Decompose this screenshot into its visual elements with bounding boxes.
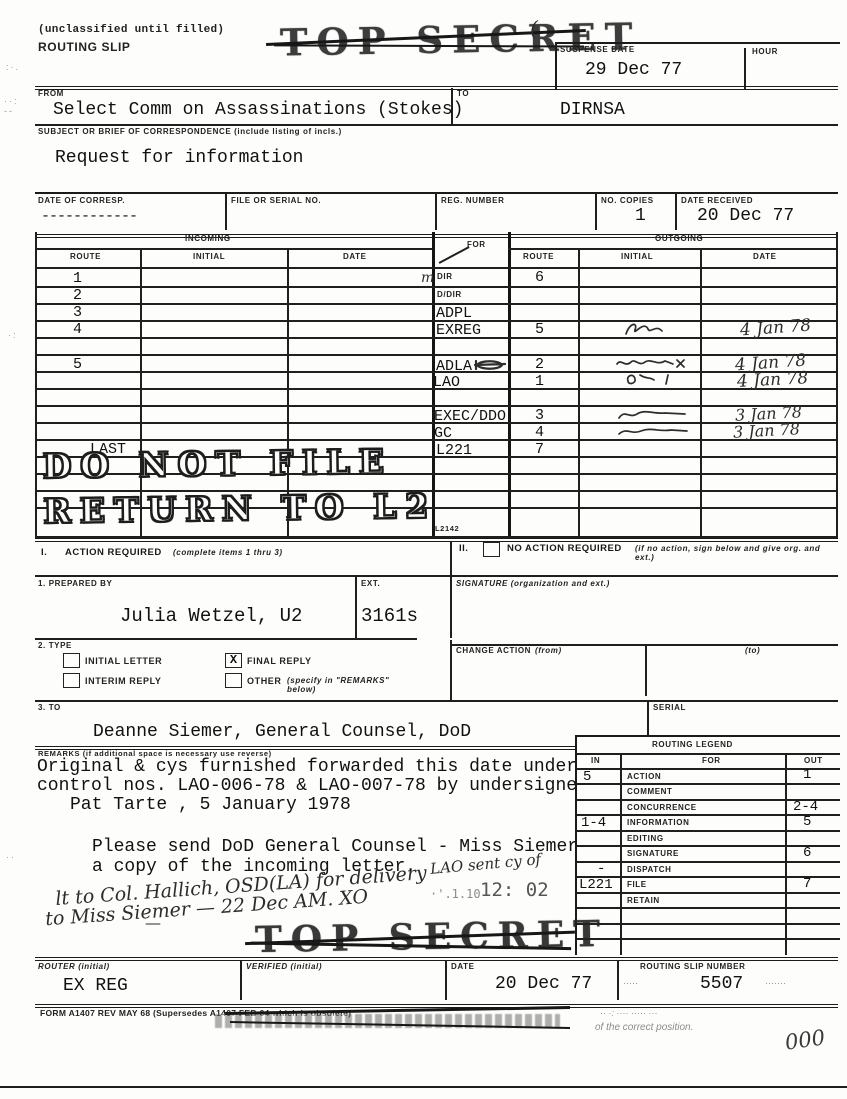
ext-value: 3161s	[361, 605, 418, 627]
unclassified-note: (unclassified until filled)	[38, 24, 224, 36]
legend-for: DISPATCH	[627, 865, 672, 874]
table-row-out-route: 4	[535, 424, 544, 441]
slip-number-label: ROUTING SLIP NUMBER	[640, 962, 745, 971]
divider	[355, 577, 357, 638]
type-label: 2. TYPE	[38, 641, 72, 650]
rule	[577, 783, 840, 785]
divider	[435, 194, 437, 230]
time-stamp: 12: 02	[480, 879, 549, 901]
faint-print: ·····	[623, 978, 638, 988]
rule	[35, 267, 838, 269]
rule	[35, 286, 838, 288]
legend-in: 5	[583, 769, 591, 785]
remarks-line: Original & cys furnished forwarded this …	[37, 757, 577, 777]
from-to-band: FROM Select Comm on Assassinations (Stok…	[35, 88, 838, 124]
checkbox-initial-letter	[63, 653, 80, 668]
remarks-line: control nos. LAO-006-78 & LAO-007-78 by …	[37, 776, 588, 796]
divider	[617, 960, 619, 1000]
legend-out-header: OUT	[804, 756, 823, 765]
subject-label: SUBJECT OR BRIEF OF CORRESPONDENCE (incl…	[38, 127, 342, 136]
for-column-label: FOR	[467, 240, 486, 249]
table-row-out-route: 6	[535, 269, 544, 286]
divider	[595, 194, 597, 230]
rule	[577, 876, 840, 878]
initial-header-in: INITIAL	[193, 252, 225, 261]
suspense-date-value: 29 Dec 77	[585, 60, 682, 80]
table-row-out-route: 5	[535, 321, 544, 338]
no-copies-value: 1	[635, 206, 646, 226]
table-row-in-route: 1	[73, 270, 82, 287]
from-label: FROM	[38, 89, 64, 98]
change-action-from-label: (from)	[535, 646, 562, 655]
change-action-to-label: (to)	[745, 646, 760, 655]
table-row-out-route: 2	[535, 356, 544, 373]
to-value: DIRNSA	[560, 100, 625, 120]
l2142-label: L2142	[435, 524, 459, 533]
remarks-line: Pat Tarte , 5 January 1978	[70, 795, 351, 815]
router-value: EX REG	[63, 976, 128, 996]
handwritten-date: 3 Jan 78	[733, 419, 801, 441]
scanned-routing-slip: :·. ··:-- ·: ·· (unclassified until fill…	[0, 0, 847, 1099]
legend-in: 1-4	[581, 815, 606, 831]
rule	[508, 248, 838, 250]
prepared-by-label: 1. PREPARED BY	[38, 579, 113, 588]
divider	[451, 88, 453, 124]
table-row-for: EXEC/DDO	[434, 408, 506, 425]
initial-header-out: INITIAL	[621, 252, 653, 261]
rule	[578, 249, 580, 538]
legend-out: 7	[803, 876, 811, 892]
date-received-value: 20 Dec 77	[697, 206, 794, 226]
section2-numeral: II.	[459, 543, 468, 554]
legend-for: RETAIN	[627, 896, 660, 905]
table-row-for: GC	[434, 425, 452, 442]
section2-title-note: (if no action, sign below and give org. …	[635, 544, 825, 562]
handwritten-initial-scribble	[615, 405, 695, 423]
table-row-for: ADPL	[436, 305, 472, 322]
divider	[675, 194, 677, 230]
rule	[577, 768, 840, 770]
no-action-checkbox	[483, 542, 500, 557]
rule	[700, 249, 702, 538]
checkbox-interim-reply-label: INTERIM REPLY	[85, 676, 161, 686]
legend-for: SIGNATURE	[627, 849, 679, 858]
top-secret-stamp-top: TOP SECRET	[280, 15, 571, 68]
verified-label: VERIFIED (initial)	[246, 962, 322, 971]
rule	[35, 405, 838, 407]
file-serial-label: FILE OR SERIAL NO.	[231, 196, 321, 205]
to-band-label: 3. TO	[38, 703, 61, 712]
legend-for: INFORMATION	[627, 818, 689, 827]
prepared-by-value: Julia Wetzel, U2	[120, 605, 302, 627]
checkbox-interim-reply	[63, 673, 80, 688]
faint-note: of the correct position.	[595, 1022, 693, 1033]
date-header-out: DATE	[753, 252, 777, 261]
rule	[35, 124, 838, 126]
legend-out: 5	[803, 814, 811, 830]
rule	[508, 232, 511, 538]
divider	[225, 194, 227, 230]
rule	[577, 892, 840, 894]
suspense-date-box: SUSPENSE DATE 29 Dec 77 HOUR	[555, 42, 840, 90]
divider	[450, 577, 452, 638]
checkbox-other-note: (specify in "REMARKS" below)	[287, 676, 417, 694]
legend-for-header: FOR	[702, 756, 721, 765]
table-row-for: EXREG	[436, 322, 481, 339]
rule	[577, 938, 840, 940]
scan-noise: ·:	[8, 330, 18, 340]
date-received-label: DATE RECEIVED	[681, 196, 753, 205]
faint-print: ·· ·: ···· ····· ···	[600, 1008, 657, 1018]
scan-noise: ··	[6, 852, 16, 862]
table-row-for: DIR	[437, 272, 453, 281]
route-header-in: ROUTE	[70, 252, 101, 261]
rule	[577, 845, 840, 847]
table-row-for: LAO	[433, 374, 460, 391]
table-row-in-route: 4	[73, 321, 82, 338]
handwritten-initial-scribble	[620, 318, 670, 340]
router-label: ROUTER (initial)	[38, 962, 110, 971]
rule	[577, 830, 840, 832]
date-header-in: DATE	[343, 252, 367, 261]
checkbox-initial-letter-label: INITIAL LETTER	[85, 656, 162, 666]
stamp-scribble	[473, 358, 507, 372]
routing-table: INCOMING OUTGOING FOR ROUTE INITIAL DATE…	[35, 232, 838, 538]
handwritten-date: 4 Jan 78	[737, 368, 809, 392]
scan-noise: :·.	[6, 62, 20, 72]
date-time-stamp-prefix: ·'.1.10	[430, 887, 481, 901]
table-row-out-route: 3	[535, 407, 544, 424]
rule	[35, 248, 432, 250]
footer-band: ROUTER (initial) EX REG VERIFIED (initia…	[35, 960, 838, 1008]
legend-for: ACTION	[627, 772, 661, 781]
legend-in-header: IN	[591, 756, 600, 765]
legend-in: -	[597, 861, 605, 877]
route-header-out: ROUTE	[523, 252, 554, 261]
rule	[836, 232, 838, 538]
legend-out: 6	[803, 845, 811, 861]
legend-for: CONCURRENCE	[627, 803, 697, 812]
reg-number-label: REG. NUMBER	[441, 196, 505, 205]
scan-noise: ··:--	[4, 96, 19, 116]
section1-numeral: I.	[41, 547, 47, 558]
stamp-line-2: RETURN TO L2	[43, 486, 437, 530]
suspense-date-label: SUSPENSE DATE	[560, 45, 635, 54]
handwritten-initial-scribble	[615, 422, 695, 440]
rule	[0, 1086, 847, 1088]
legend-in: L221	[579, 877, 613, 893]
diagonal-line	[439, 246, 470, 263]
incoming-label: INCOMING	[185, 234, 231, 243]
routing-legend: ROUTING LEGEND IN FOR OUT 5 ACTION 1 CO	[575, 735, 840, 955]
do-not-file-stamp: DO NOT FILE RETURN TO L2	[42, 441, 437, 530]
stamp-line-1: DO NOT FILE	[42, 441, 436, 485]
type-band: 2. TYPE INITIAL LETTER X FINAL REPLY INT…	[35, 640, 838, 700]
change-action-label: CHANGE ACTION	[456, 646, 531, 655]
date-of-corresp-label: DATE OF CORRESP.	[38, 196, 125, 205]
handwritten-paren: (	[530, 16, 538, 40]
checkbox-final-reply: X	[225, 653, 242, 668]
table-row-in-route: 5	[73, 356, 82, 373]
rule	[35, 354, 838, 356]
form-title: ROUTING SLIP	[38, 40, 131, 54]
section1-title: ACTION REQUIRED	[65, 547, 162, 558]
subject-value: Request for information	[55, 148, 303, 168]
section2-title: NO ACTION REQUIRED	[507, 543, 622, 554]
handwritten-margin-note: m	[421, 270, 434, 286]
handwritten-mark: 000	[784, 1025, 827, 1054]
rule	[35, 232, 37, 538]
table-row-in-route: 3	[73, 304, 82, 321]
outgoing-label: OUTGOING	[655, 234, 703, 243]
routing-legend-title: ROUTING LEGEND	[652, 740, 733, 749]
legend-out: 1	[803, 767, 811, 783]
checkbox-other-label: OTHER	[247, 676, 282, 686]
no-copies-label: NO. COPIES	[601, 196, 654, 205]
rule	[577, 923, 840, 925]
handwritten-initial-scribble	[620, 371, 680, 389]
faint-print: ·······	[765, 978, 786, 988]
date-value: 20 Dec 77	[495, 974, 592, 994]
divider	[450, 640, 452, 700]
table-row-out-route: 7	[535, 441, 544, 458]
prepared-by-band: 1. PREPARED BY Julia Wetzel, U2 EXT. 316…	[35, 577, 838, 638]
section1-title-note: (complete items 1 thru 3)	[173, 548, 283, 557]
rule	[577, 861, 840, 863]
legend-out: 2-4	[793, 799, 818, 815]
divider	[450, 541, 452, 575]
hour-label: HOUR	[752, 47, 778, 56]
checkbox-other	[225, 673, 242, 688]
legend-for: COMMENT	[627, 787, 673, 796]
serial-label: SERIAL	[653, 703, 686, 712]
table-row-for: ADLA	[436, 358, 472, 375]
rule	[577, 907, 840, 909]
divider	[645, 644, 647, 696]
legend-for: FILE	[627, 880, 647, 889]
table-row-in-route: 2	[73, 287, 82, 304]
to-label: TO	[457, 89, 469, 98]
rule	[577, 753, 840, 755]
from-value: Select Comm on Assassinations (Stokes)	[53, 100, 463, 120]
signature-label: SIGNATURE (organization and ext.)	[456, 579, 610, 588]
divider	[445, 960, 447, 1000]
table-row-out-route: 1	[535, 373, 544, 390]
action-band: I. ACTION REQUIRED (complete items 1 thr…	[35, 541, 838, 575]
to-band-value: Deanne Siemer, General Counsel, DoD	[93, 722, 471, 742]
date-label: DATE	[451, 962, 475, 971]
legend-for: EDITING	[627, 834, 664, 843]
slip-number-value: 5507	[700, 974, 743, 994]
table-row-for: D/DIR	[437, 290, 462, 299]
divider	[744, 48, 746, 90]
table-row-for: L221	[436, 442, 472, 459]
date-of-corresp-value: ------------	[41, 208, 137, 225]
divider	[240, 960, 242, 1000]
top-secret-stamp-bottom: TOP SECRET	[255, 913, 610, 961]
handwritten-dash: —	[145, 913, 161, 932]
ext-label: EXT.	[361, 579, 380, 588]
checkbox-final-reply-label: FINAL REPLY	[247, 656, 312, 666]
